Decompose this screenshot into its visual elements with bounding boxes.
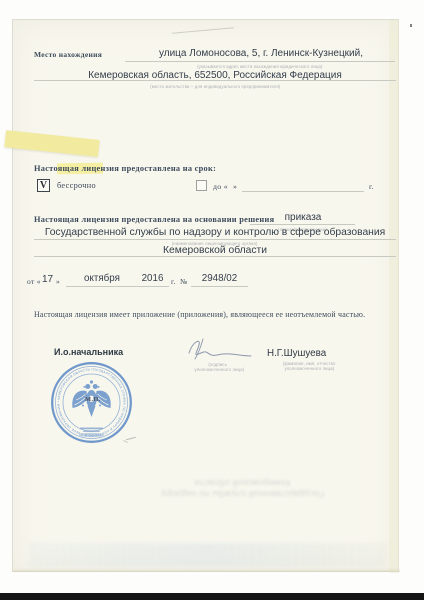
mp-place-of-seal-label: М.П. (85, 396, 101, 403)
signer-position: И.о.начальника (54, 347, 123, 357)
check-mark: V (40, 181, 47, 191)
scan-speck (410, 24, 412, 27)
order-month: октября (66, 273, 138, 284)
order-year-suffix: г. (171, 277, 176, 286)
official-round-stamp: ГОСУДАРСТВЕННАЯ СЛУЖБА ПО НАДЗОРУ И КОНТ… (50, 361, 133, 444)
basis-value: приказа (248, 212, 358, 223)
order-number: 2948/02 (191, 273, 248, 284)
until-date-rule (242, 181, 364, 192)
order-from-label: от « (27, 277, 41, 286)
signature-caption2-wrap: уполномоченного лица) (175, 366, 260, 373)
location-value-line2: Кемеровская область, 652500, Российская … (34, 70, 396, 81)
location-caption1: (указывается адрес места нахождения юрид… (197, 65, 322, 68)
checkbox-perpetual-checked: V (37, 179, 50, 192)
show-through-line2: Кемеровской области (150, 477, 335, 488)
show-through-text: Государственной службы по надзору Кемеро… (150, 477, 335, 499)
location-caption1-wrap: (указывается адрес места нахождения юрид… (125, 63, 395, 70)
term-label: Настоящая лицензия предоставлена на срок… (34, 164, 216, 173)
order-day: 17 (42, 274, 53, 285)
scan-bottom-bar (0, 593, 424, 600)
appendix-note: Настоящая лицензия имеет приложение (при… (34, 310, 365, 319)
signature-caption-line2: уполномоченного лица) (195, 368, 245, 371)
location-caption2: (место жительства – для индивидуального … (150, 85, 280, 88)
show-through-line1: Государственной службы по надзору (150, 488, 335, 499)
scanned-license-page: Место нахождения улица Ломоносова, 5, г.… (0, 0, 424, 600)
name-caption2-wrap: уполномоченного лица) (252, 365, 367, 372)
signature-stroke (183, 336, 255, 362)
signer-name: Н.Г.Шушуева (267, 348, 326, 359)
order-year: 2016 (136, 273, 169, 284)
order-number-sign: № (180, 277, 187, 286)
option-perpetual-label: бессрочно (57, 181, 96, 190)
location-value-line1: улица Ломоносова, 5, г. Ленинск-Кузнецки… (125, 48, 397, 59)
authority-line2: Кемеровской области (34, 245, 396, 256)
paper-edge-tint (389, 20, 399, 573)
checkbox-until-empty (196, 180, 207, 191)
order-quote-close: » (56, 277, 60, 286)
name-caption-line2: уполномоченного лица) (285, 367, 335, 370)
bottom-blue-wash (30, 543, 386, 567)
authority-line1: Государственной службы по надзору и конт… (34, 227, 396, 238)
until-prefix: до « (213, 182, 228, 191)
location-label: Место нахождения (34, 50, 102, 59)
location-caption2-wrap: (место жительства – для индивидуального … (34, 83, 396, 90)
paper-bottom-edge (13, 568, 400, 572)
until-close-quote: » (233, 182, 237, 191)
basis-label: Настоящая лицензия предоставлена на осно… (34, 215, 274, 224)
until-suffix: г. (369, 182, 374, 191)
